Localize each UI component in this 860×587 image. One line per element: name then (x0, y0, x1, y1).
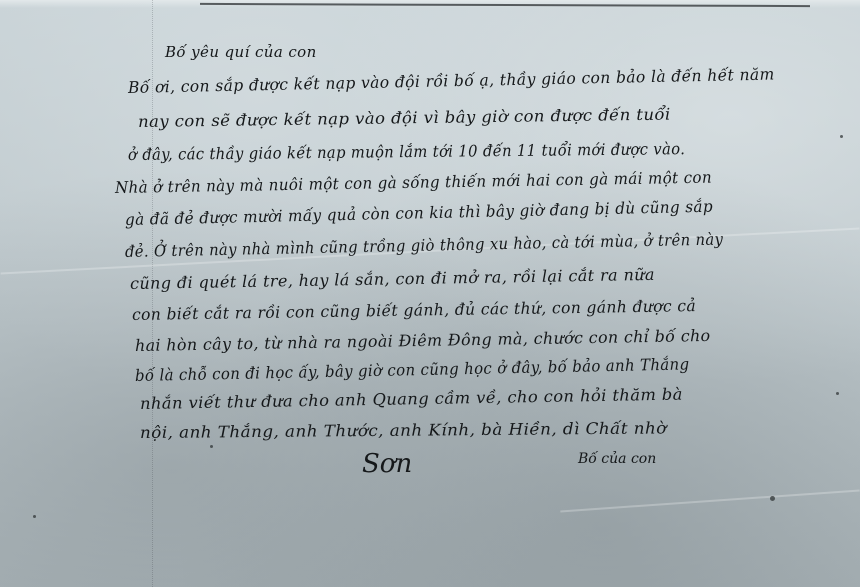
letter-line-8: con biết cắt ra rồi con cũng biết gánh, … (132, 296, 696, 324)
ink-speck (840, 135, 843, 138)
letter-line-10: bố là chỗ con đi học ấy, bây giờ con cũn… (135, 354, 690, 385)
ink-speck (770, 496, 775, 501)
letter-line-6: đẻ. Ở trên này nhà mình cũng trồng giò t… (125, 229, 724, 261)
letter-line-3: ở đây, các thầy giáo kết nạp muộn lắm tớ… (128, 139, 685, 164)
ink-speck (836, 392, 839, 395)
letter-salutation: Bố yêu quí của con (165, 43, 317, 61)
letter-line-12: nội, anh Thắng, anh Thước, anh Kính, bà … (140, 418, 667, 442)
letter-line-2: nay con sẽ được kết nạp vào đội vì bây g… (138, 105, 671, 131)
letter-line-11: nhắn viết thư đưa cho anh Quang cầm về, … (140, 385, 683, 413)
letter-line-9: hai hòn cây to, từ nhà ra ngoài Điêm Đôn… (135, 326, 711, 355)
ink-speck (210, 445, 213, 448)
letter-line-5: gà đã đẻ được mười mấy quả còn con kia t… (125, 197, 713, 229)
ink-speck (33, 515, 36, 518)
letter-line-1: Bố ơi, con sắp được kết nạp vào đội rồi … (128, 64, 775, 97)
letter-line-4: Nhà ở trên này mà nuôi một con gà sống t… (115, 168, 712, 197)
letter-closing: Bố của con (578, 451, 656, 467)
letter-line-7: cũng đi quét lá tre, hay lá sắn, con đi … (130, 265, 655, 293)
letter-paper: Bố yêu quí của con Bố ơi, con sắp được k… (0, 0, 860, 587)
signature-name: Sơn (362, 449, 412, 479)
paper-crease (560, 490, 859, 513)
